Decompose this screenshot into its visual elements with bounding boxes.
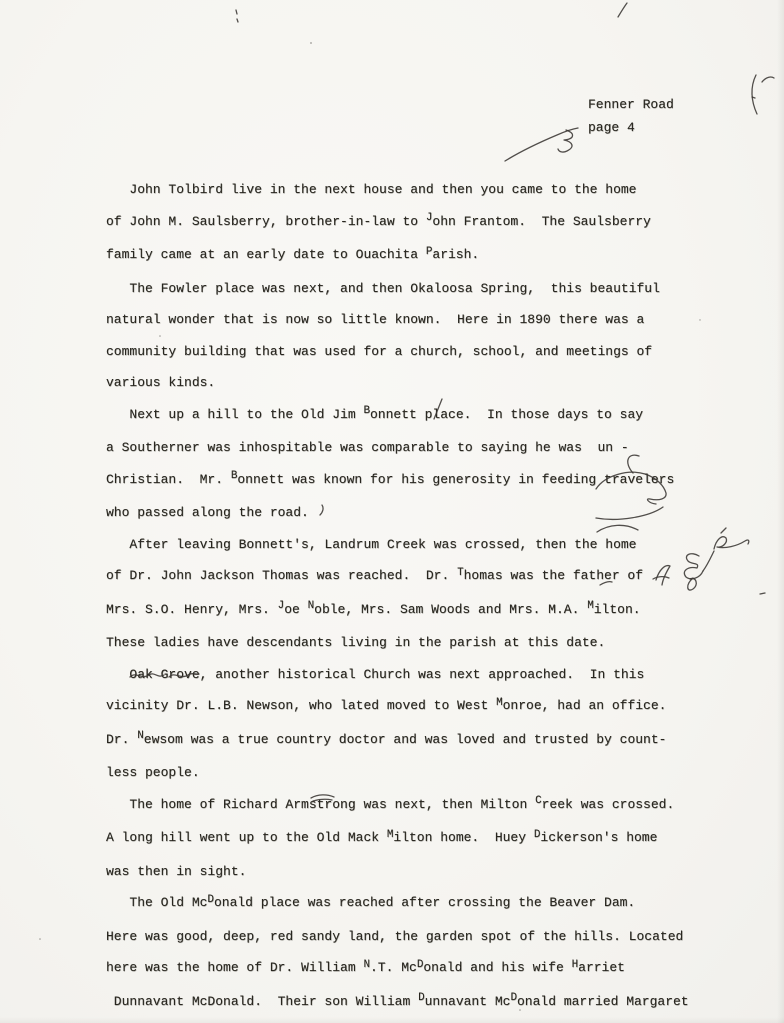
typed-line: The Old McDonald place was reached after… — [106, 887, 689, 921]
typed-line: vicinity Dr. L.B. Newson, who lated move… — [106, 690, 689, 724]
typed-line: of Dr. John Jackson Thomas was reached. … — [106, 560, 689, 594]
header-page-number: page 4 — [588, 117, 674, 140]
typed-line: Dr. Newsom was a true country doctor and… — [106, 724, 689, 758]
typed-line: John Tolbird live in the next house and … — [106, 174, 689, 206]
top-slash-mark — [236, 3, 627, 22]
typed-line: community building that was used for a c… — [106, 336, 689, 368]
typed-line: here was the home of Dr. William N.T. Mc… — [106, 952, 689, 986]
typed-line: After leaving Bonnett's, Landrum Creek w… — [106, 529, 689, 561]
header-swoosh-line — [505, 128, 578, 161]
page-header: Fenner Road page 4 — [588, 94, 674, 139]
typed-line: was then in sight. — [106, 856, 689, 888]
typed-line: These ladies have descendants living in … — [106, 627, 689, 659]
header-squiggle — [558, 130, 573, 152]
typed-line: Oak Grove, another historical Church was… — [106, 659, 689, 691]
typed-line: Here was good, deep, red sandy land, the… — [106, 921, 689, 953]
typed-line: less people. — [106, 757, 689, 789]
top-right-pen-mark — [752, 75, 774, 114]
typed-line: Christian. Mr. Bonnett was known for his… — [106, 464, 689, 498]
typed-line: Dunnavant McDonald. Their son William Du… — [106, 986, 689, 1020]
typed-line: of John M. Saulsberry, brother-in-law to… — [106, 206, 689, 240]
margin-scribble — [684, 528, 765, 594]
typed-line: Mrs. S.O. Henry, Mrs. Joe Noble, Mrs. Sa… — [106, 594, 689, 628]
typed-line: a Southerner was inhospitable was compar… — [106, 432, 689, 464]
typed-lines: John Tolbird live in the next house and … — [106, 174, 689, 1019]
typed-line: The Fowler place was next, and then Okal… — [106, 273, 689, 305]
typed-line: who passed along the road. — [106, 497, 689, 529]
typed-line: A long hill went up to the Old Mack Milt… — [106, 822, 689, 856]
typed-line: The home of Richard Armstrong was next, … — [106, 789, 689, 823]
typed-line: family came at an early date to Ouachita… — [106, 239, 689, 273]
typed-line: natural wonder that is now so little kno… — [106, 304, 689, 336]
typed-line: Next up a hill to the Old Jim Bonnett pl… — [106, 399, 689, 433]
scan-edge-shadow-right — [777, 0, 784, 1023]
scanned-typewritten-page: Fenner Road page 4 John Tolbird live in … — [0, 0, 784, 1023]
header-title: Fenner Road — [588, 94, 674, 117]
typed-line: various kinds. — [106, 367, 689, 399]
